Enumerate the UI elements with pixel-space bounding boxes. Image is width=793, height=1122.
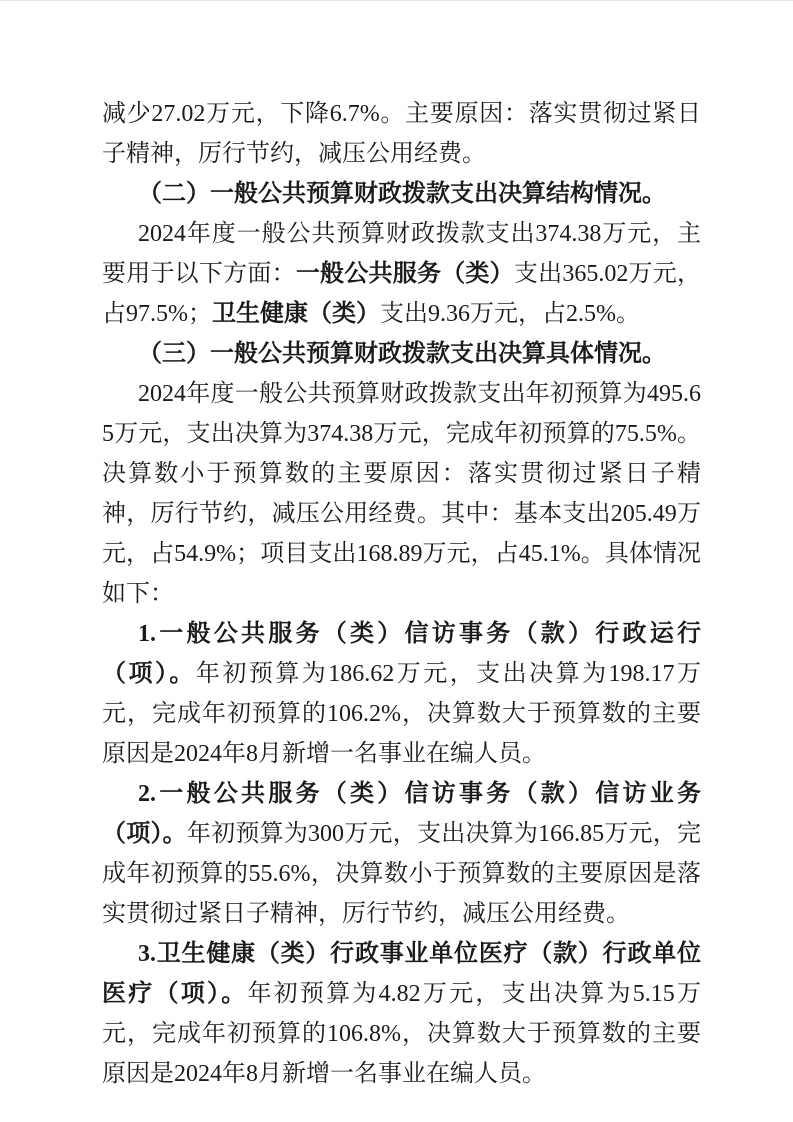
paragraph-continuation: 减少27.02万元，下降6.7%。主要原因：落实贯彻过紧日子精神，厉行节约，减压… [102,94,701,174]
bold-text-run: 卫生健康（类） [212,301,380,327]
paragraph-item-3: 3.卫生健康（类）行政事业单位医疗（款）行政单位医疗（项）。年初预算为4.82万… [102,934,701,1094]
text-run: 减少27.02万元，下降6.7%。主要原因：落实贯彻过紧日子精神，厉行节约，减压… [102,101,701,167]
text-run: 2024年度一般公共预算财政拨款支出年初预算为495.65万元，支出决算为374… [102,381,701,607]
bold-text-run: （二）一般公共预算财政拨款支出决算结构情况。 [138,181,666,207]
paragraph-item-2: 2.一般公共服务（类）信访事务（款）信访业务（项）。年初预算为300万元，支出决… [102,774,701,934]
bold-text-run: （三）一般公共预算财政拨款支出决算具体情况。 [138,341,666,367]
document-page: 减少27.02万元，下降6.7%。主要原因：落实贯彻过紧日子精神，厉行节约，减压… [0,0,793,1122]
paragraph-structure: 2024年度一般公共预算财政拨款支出374.38万元，主要用于以下方面：一般公共… [102,214,701,334]
text-run: 年初预算为300万元，支出决算为166.85万元，完成年初预算的55.6%，决算… [102,821,701,927]
paragraph-item-1: 1.一般公共服务（类）信访事务（款）行政运行（项）。年初预算为186.62万元，… [102,614,701,774]
section-heading-3: （三）一般公共预算财政拨款支出决算具体情况。 [102,334,701,374]
section-heading-2: （二）一般公共预算财政拨款支出决算结构情况。 [102,174,701,214]
text-run: 支出9.36万元，占2.5%。 [380,301,640,327]
paragraph-detail-overview: 2024年度一般公共预算财政拨款支出年初预算为495.65万元，支出决算为374… [102,374,701,614]
bold-text-run: 一般公共服务（类） [296,261,514,287]
